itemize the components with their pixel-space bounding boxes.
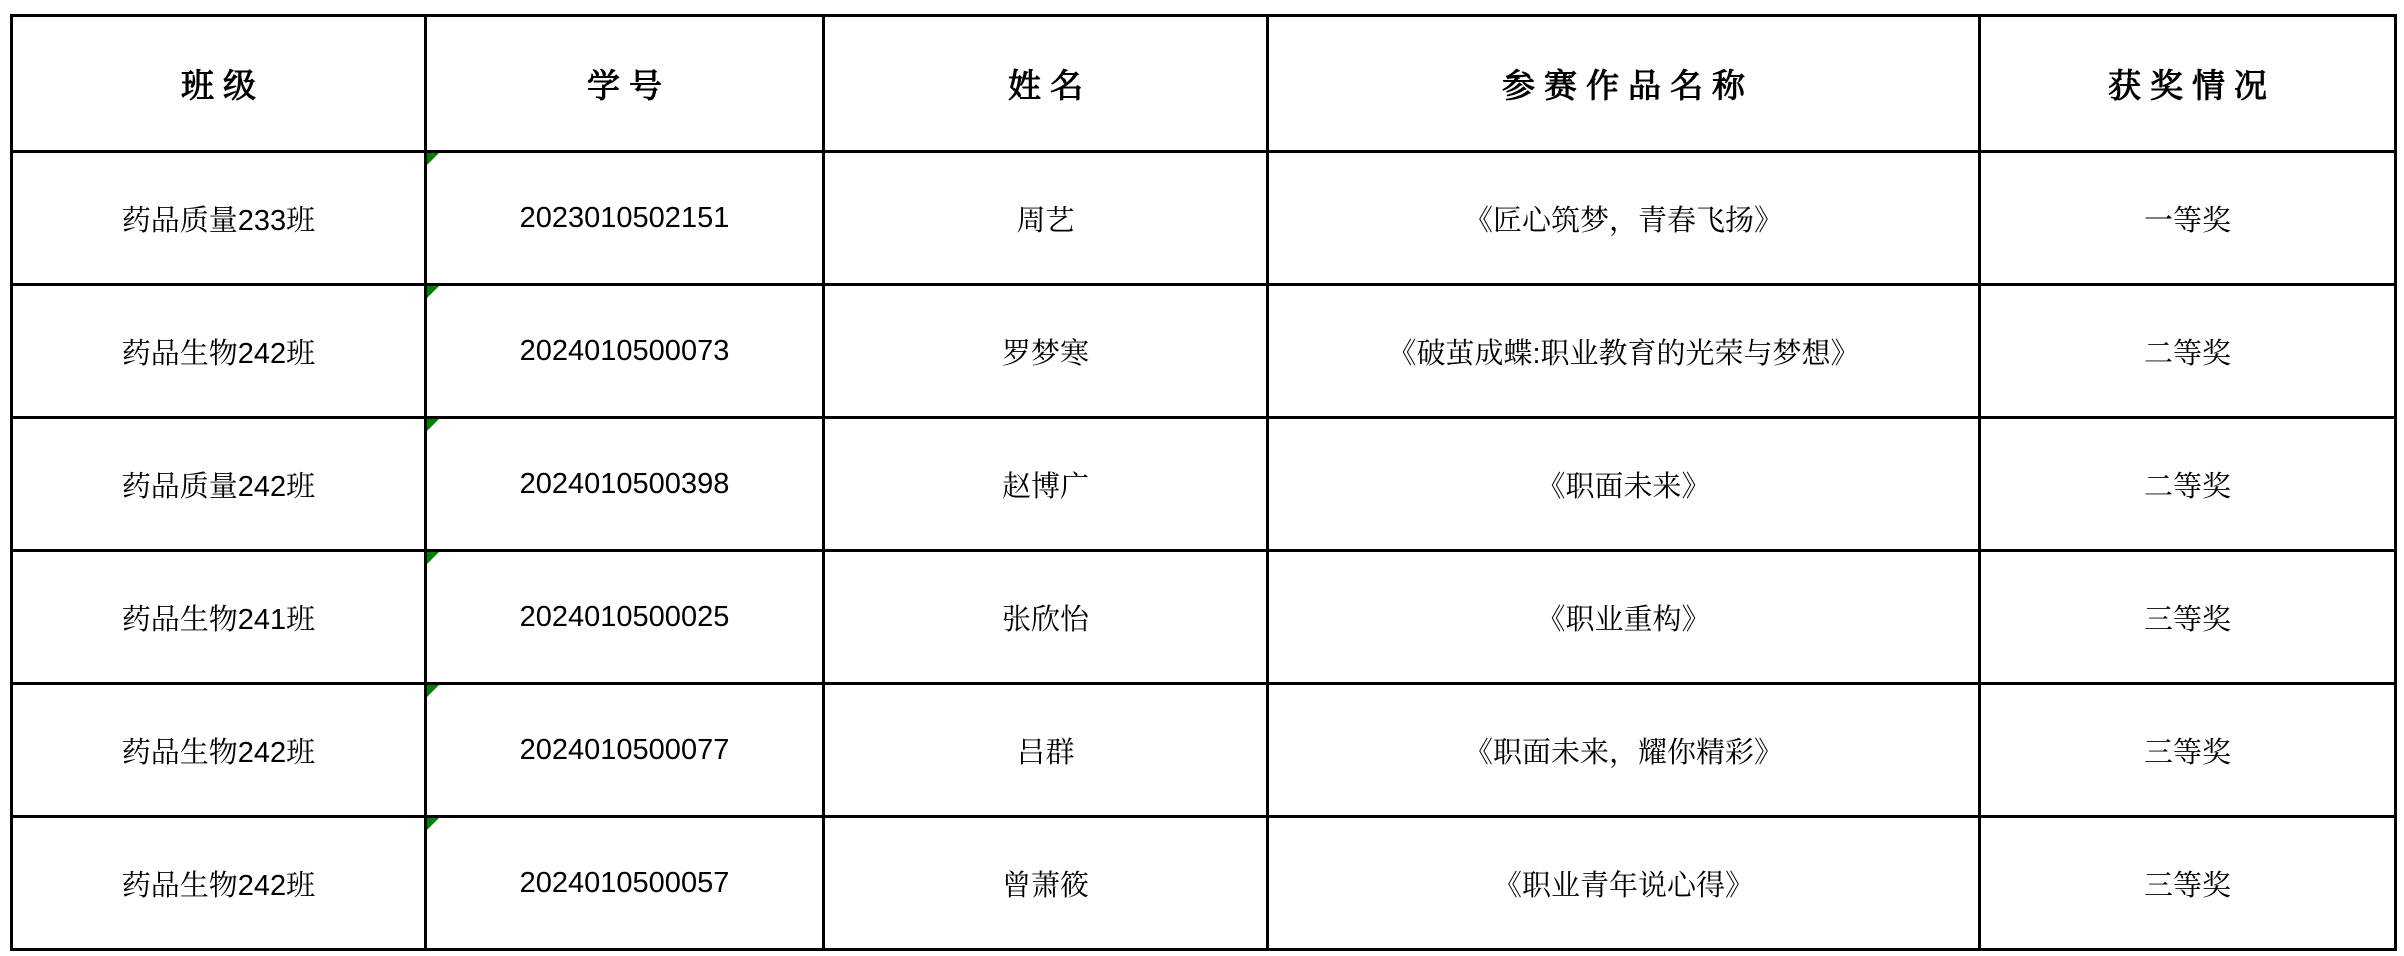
cell-student-id[interactable]: 2023010502151 [426, 152, 824, 285]
cell-work-title[interactable]: 《职业重构》 [1268, 551, 1980, 684]
class-value: 药品生物241班 [122, 604, 315, 636]
award-value: 一等奖 [2144, 205, 2231, 237]
cell-name[interactable]: 吕群 [824, 684, 1268, 817]
table-row: 药品生物242班 2024010500077 吕群 《职面未来，耀你精彩》 三等… [12, 684, 2396, 817]
award-value: 三等奖 [2144, 870, 2231, 902]
class-value: 药品生物242班 [122, 338, 315, 370]
number-stored-as-text-indicator-icon [427, 286, 439, 298]
header-cell-class: 班级 [12, 16, 426, 152]
student-id-value: 2023010502151 [520, 202, 730, 234]
student-id-value: 2024010500025 [520, 601, 730, 633]
cell-student-id[interactable]: 2024010500398 [426, 418, 824, 551]
cell-name[interactable]: 罗梦寒 [824, 285, 1268, 418]
cell-name[interactable]: 张欣怡 [824, 551, 1268, 684]
header-cell-student-id: 学号 [426, 16, 824, 152]
cell-work-title[interactable]: 《匠心筑梦，青春飞扬》 [1268, 152, 1980, 285]
student-id-value: 2024010500398 [520, 468, 730, 500]
name-value: 吕群 [1016, 737, 1074, 769]
class-value: 药品生物242班 [122, 870, 315, 902]
table-row: 药品生物242班 2024010500057 曾萧筱 《职业青年说心得》 三等奖 [12, 817, 2396, 950]
work-title-value: 《职面未来，耀你精彩》 [1464, 737, 1783, 769]
award-table: 班级 学号 姓名 参赛作品名称 获奖情况 药品质量233班 2023010502… [10, 14, 2397, 951]
table-row: 药品质量233班 2023010502151 周艺 《匠心筑梦，青春飞扬》 一等… [12, 152, 2396, 285]
cell-student-id[interactable]: 2024010500077 [426, 684, 824, 817]
work-title-value: 《职面未来》 [1536, 471, 1710, 503]
class-value: 药品生物242班 [122, 737, 315, 769]
cell-name[interactable]: 曾萧筱 [824, 817, 1268, 950]
header-row: 班级 学号 姓名 参赛作品名称 获奖情况 [12, 16, 2396, 152]
page: 班级 学号 姓名 参赛作品名称 获奖情况 药品质量233班 2023010502… [0, 0, 2404, 956]
name-value: 张欣怡 [1002, 604, 1089, 636]
cell-student-id[interactable]: 2024010500057 [426, 817, 824, 950]
number-stored-as-text-indicator-icon [427, 552, 439, 564]
name-value: 罗梦寒 [1002, 338, 1089, 370]
table-row: 药品生物242班 2024010500073 罗梦寒 《破茧成蝶:职业教育的光荣… [12, 285, 2396, 418]
cell-student-id[interactable]: 2024010500025 [426, 551, 824, 684]
table-row: 药品质量242班 2024010500398 赵博广 《职面未来》 二等奖 [12, 418, 2396, 551]
name-value: 曾萧筱 [1002, 870, 1089, 902]
work-title-value: 《破茧成蝶:职业教育的光荣与梦想》 [1387, 338, 1859, 370]
class-value: 药品质量242班 [122, 471, 315, 503]
cell-work-title[interactable]: 《职面未来》 [1268, 418, 1980, 551]
work-title-value: 《职业重构》 [1536, 604, 1710, 636]
cell-award[interactable]: 一等奖 [1980, 152, 2396, 285]
award-value: 三等奖 [2144, 604, 2231, 636]
class-value: 药品质量233班 [122, 205, 315, 237]
cell-class[interactable]: 药品生物242班 [12, 817, 426, 950]
cell-award[interactable]: 三等奖 [1980, 817, 2396, 950]
cell-class[interactable]: 药品质量233班 [12, 152, 426, 285]
cell-name[interactable]: 周艺 [824, 152, 1268, 285]
cell-work-title[interactable]: 《职业青年说心得》 [1268, 817, 1980, 950]
cell-award[interactable]: 二等奖 [1980, 285, 2396, 418]
student-id-value: 2024010500073 [520, 335, 730, 367]
work-title-value: 《匠心筑梦，青春飞扬》 [1464, 205, 1783, 237]
number-stored-as-text-indicator-icon [427, 153, 439, 165]
work-title-value: 《职业青年说心得》 [1493, 870, 1754, 902]
cell-award[interactable]: 二等奖 [1980, 418, 2396, 551]
header-cell-award: 获奖情况 [1980, 16, 2396, 152]
table-row: 药品生物241班 2024010500025 张欣怡 《职业重构》 三等奖 [12, 551, 2396, 684]
award-value: 二等奖 [2144, 471, 2231, 503]
cell-work-title[interactable]: 《职面未来，耀你精彩》 [1268, 684, 1980, 817]
cell-class[interactable]: 药品生物242班 [12, 285, 426, 418]
cell-work-title[interactable]: 《破茧成蝶:职业教育的光荣与梦想》 [1268, 285, 1980, 418]
cell-class[interactable]: 药品质量242班 [12, 418, 426, 551]
cell-name[interactable]: 赵博广 [824, 418, 1268, 551]
name-value: 周艺 [1016, 205, 1074, 237]
name-value: 赵博广 [1002, 471, 1089, 503]
header-cell-work-title: 参赛作品名称 [1268, 16, 1980, 152]
cell-student-id[interactable]: 2024010500073 [426, 285, 824, 418]
cell-award[interactable]: 三等奖 [1980, 551, 2396, 684]
student-id-value: 2024010500077 [520, 734, 730, 766]
number-stored-as-text-indicator-icon [427, 685, 439, 697]
number-stored-as-text-indicator-icon [427, 818, 439, 830]
cell-award[interactable]: 三等奖 [1980, 684, 2396, 817]
cell-class[interactable]: 药品生物242班 [12, 684, 426, 817]
table-body: 药品质量233班 2023010502151 周艺 《匠心筑梦，青春飞扬》 一等… [12, 152, 2396, 950]
student-id-value: 2024010500057 [520, 867, 730, 899]
award-value: 二等奖 [2144, 338, 2231, 370]
cell-class[interactable]: 药品生物241班 [12, 551, 426, 684]
header-cell-name: 姓名 [824, 16, 1268, 152]
award-value: 三等奖 [2144, 737, 2231, 769]
number-stored-as-text-indicator-icon [427, 419, 439, 431]
